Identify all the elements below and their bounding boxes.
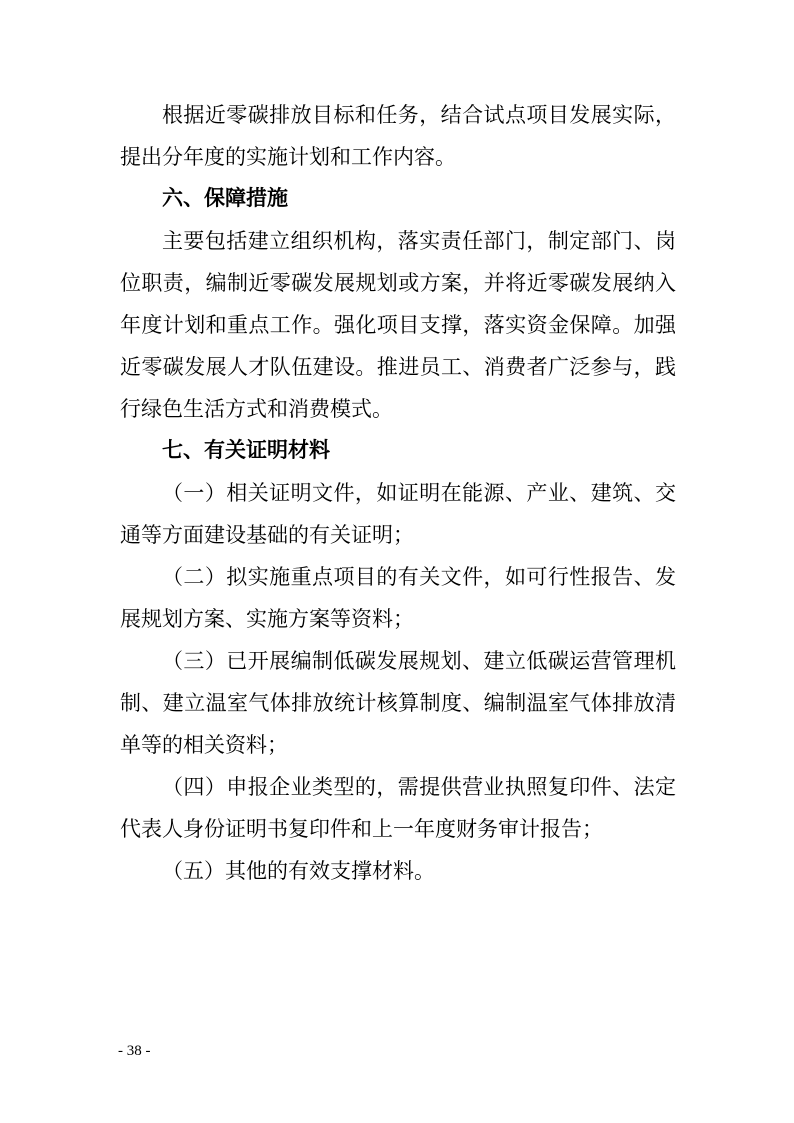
page-number: - 38 - [118,1043,151,1059]
paragraph-safeguard-measures-detail: 主要包括建立组织机构，落实责任部门，制定部门、岗位职责，编制近零碳发展规划或方案… [120,220,676,430]
list-item-4-enterprise-license-documents: （四）申报企业类型的，需提供营业执照复印件、法定代表人身份证明书复印件和上一年度… [120,766,676,850]
list-item-5-other-supporting-materials: （五）其他的有效支撑材料。 [120,850,676,892]
list-item-1-certification-documents: （一）相关证明文件，如证明在能源、产业、建筑、交通等方面建设基础的有关证明； [120,472,676,556]
list-item-3-low-carbon-planning-materials: （三）已开展编制低碳发展规划、建立低碳运营管理机制、建立温室气体排放统计核算制度… [120,640,676,766]
heading-section-7-supporting-materials: 七、有关证明材料 [120,430,676,472]
list-item-2-key-project-documents: （二）拟实施重点项目的有关文件，如可行性报告、发展规划方案、实施方案等资料； [120,556,676,640]
paragraph-annual-implementation-plan: 根据近零碳排放目标和任务，结合试点项目发展实际，提出分年度的实施计划和工作内容。 [120,94,676,178]
document-page: 根据近零碳排放目标和任务，结合试点项目发展实际，提出分年度的实施计划和工作内容。… [0,0,794,1123]
document-content: 根据近零碳排放目标和任务，结合试点项目发展实际，提出分年度的实施计划和工作内容。… [120,94,676,892]
heading-section-6-safeguard-measures: 六、保障措施 [120,178,676,220]
page-footer: - 38 - [118,1041,151,1061]
